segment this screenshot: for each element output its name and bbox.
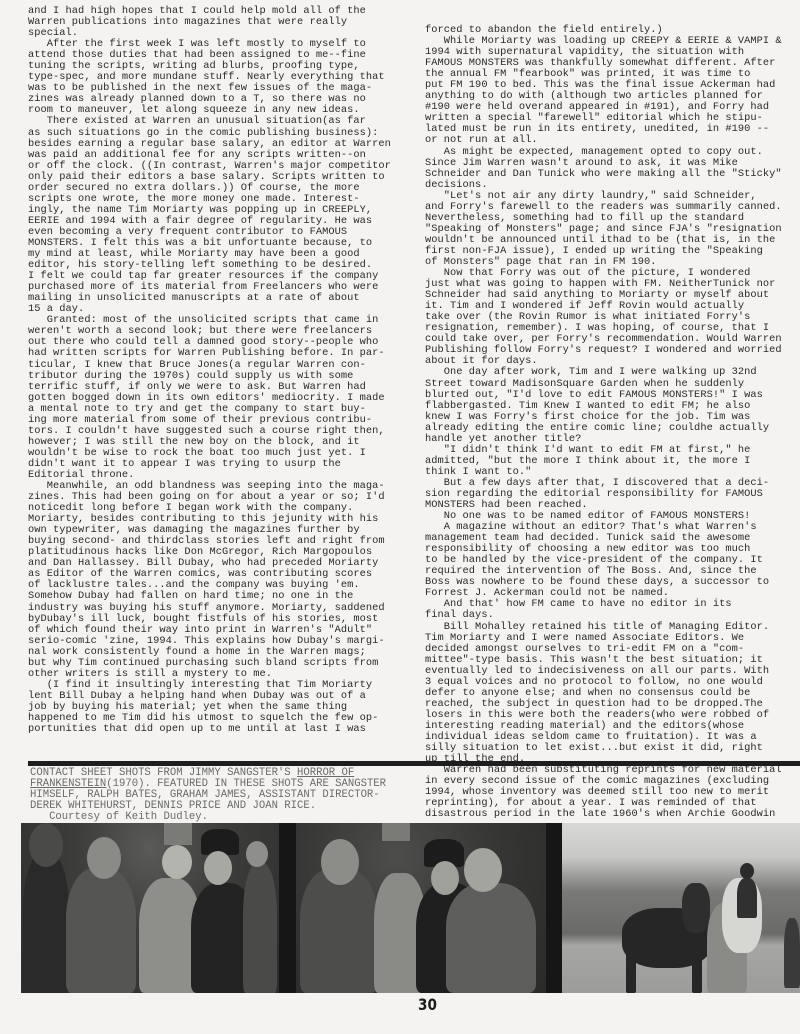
article-line: terrific stuff, if only we were to ask. …: [28, 382, 391, 393]
photo-frame-2: [296, 823, 546, 993]
article-line: Tim Moriarty and I were named Associate …: [425, 633, 782, 644]
article-line: industry was buying his stuff anymore. M…: [28, 603, 391, 614]
photo-frame-3: [562, 823, 800, 993]
article-line: Bill Mohalley retained his title of Mana…: [425, 622, 782, 633]
article-line: disastrous period in the late 1960's whe…: [425, 809, 782, 820]
caption-divider-rule: [28, 761, 800, 766]
article-line: as such situations go in the comic publi…: [28, 128, 391, 139]
article-line: Schneider and Dan Tunick who were making…: [425, 169, 782, 180]
article-line: There existed at Warren an unusual situa…: [28, 116, 391, 127]
article-column-right: forced to abandon the field entirely.) W…: [425, 25, 782, 820]
article-line: final days.: [425, 610, 782, 621]
article-line: had written scripts for Warren Publishin…: [28, 348, 391, 359]
article-line: Since Jim Warren wasn't around to ask, i…: [425, 158, 782, 169]
article-line: byDubay's ill luck, bought fistfuls of h…: [28, 614, 391, 625]
article-line: One day after work, Tim and I were walki…: [425, 367, 782, 378]
article-line: Street toward MadisonSquare Garden when …: [425, 379, 782, 390]
article-line: blurted out, "I'd love to edit FAMOUS MO…: [425, 390, 782, 401]
article-line: flabbergasted. Tim Knew I wanted to edit…: [425, 401, 782, 412]
film-frame-separator: [546, 823, 562, 993]
photo-caption: CONTACT SHEET SHOTS FROM JIMMY SANGSTER'…: [30, 768, 386, 823]
article-line: tributor during the 1970s) could supply …: [28, 371, 391, 382]
article-line: or not run at all.: [425, 135, 782, 146]
article-line: As might be expected, management opted t…: [425, 147, 782, 158]
article-line: ticular, I knew that Bruce Jones(a regul…: [28, 360, 391, 371]
contact-sheet-photo-strip: [21, 823, 800, 993]
photo-frame-1: [21, 823, 279, 993]
article-line: Warren publications into magazines that …: [28, 17, 391, 28]
article-line: Somehow Dubay had fallen on hard time; n…: [28, 591, 391, 602]
article-line: besides earning a regular base salary, a…: [28, 139, 391, 150]
caption-line: Courtesy of Keith Dudley.: [30, 812, 386, 823]
film-frame-separator: [279, 823, 296, 993]
article-column-left: and I had high hopes that I could help m…: [28, 6, 391, 735]
article-line: of which found their way into print in W…: [28, 625, 391, 636]
article-line: decided amongst ourselves to tri-edit FM…: [425, 644, 782, 655]
page-number: 30: [418, 995, 437, 1014]
article-line: portunities that did open up to me until…: [28, 724, 391, 735]
article-line: was paid an additional fee for any scrip…: [28, 150, 391, 161]
